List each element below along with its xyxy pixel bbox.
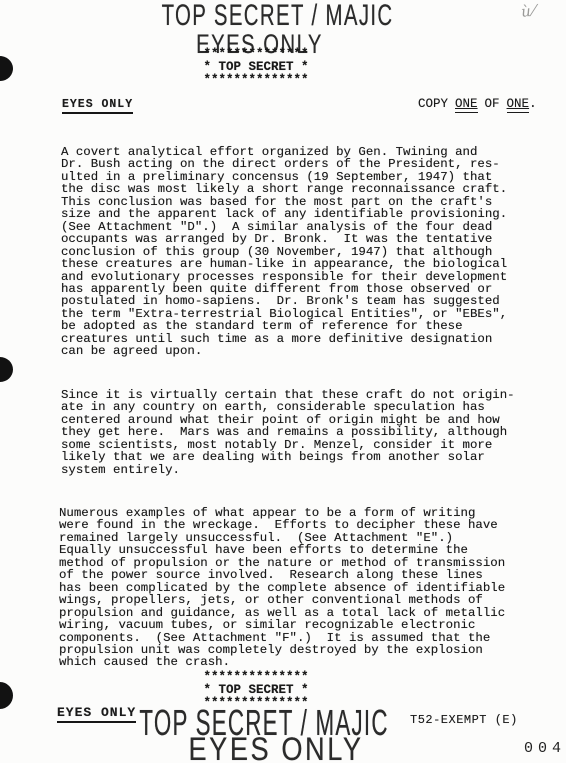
- exemption-code-label: T52-EXEMPT (E): [410, 713, 518, 727]
- copy-of-word: OF: [485, 97, 500, 111]
- document-paragraph-1: A covert analytical effort organized by …: [61, 146, 507, 358]
- copy-one-first: ONE: [455, 97, 478, 113]
- document-page: ù⁄ TOP SECRET / MAJIC EYES ONLY ********…: [0, 0, 566, 763]
- copy-period: .: [529, 97, 537, 111]
- copy-word: COPY: [418, 97, 448, 111]
- copy-one-second: ONE: [507, 97, 530, 113]
- eyes-only-label: EYES ONLY: [62, 98, 133, 114]
- asterisk-row: **************: [203, 74, 308, 87]
- document-paragraph-2: Since it is virtually certain that these…: [61, 389, 515, 476]
- footer-stamp-row2: EYES ONLY: [0, 733, 566, 763]
- top-secret-asterisk-banner: ************** * TOP SECRET * **********…: [0, 48, 566, 87]
- eyes-only-stamp: EYES ONLY: [188, 733, 363, 763]
- copy-count-label: COPYONEOFONE.: [418, 97, 537, 111]
- top-secret-majic-stamp: TOP SECRET / MAJIC: [162, 1, 394, 31]
- page-number: 004: [524, 740, 566, 757]
- hole-punch: [0, 357, 13, 382]
- document-paragraph-3: Numerous examples of what appear to be a…: [59, 507, 505, 669]
- header-stamp-row1: TOP SECRET / MAJIC: [0, 1, 566, 31]
